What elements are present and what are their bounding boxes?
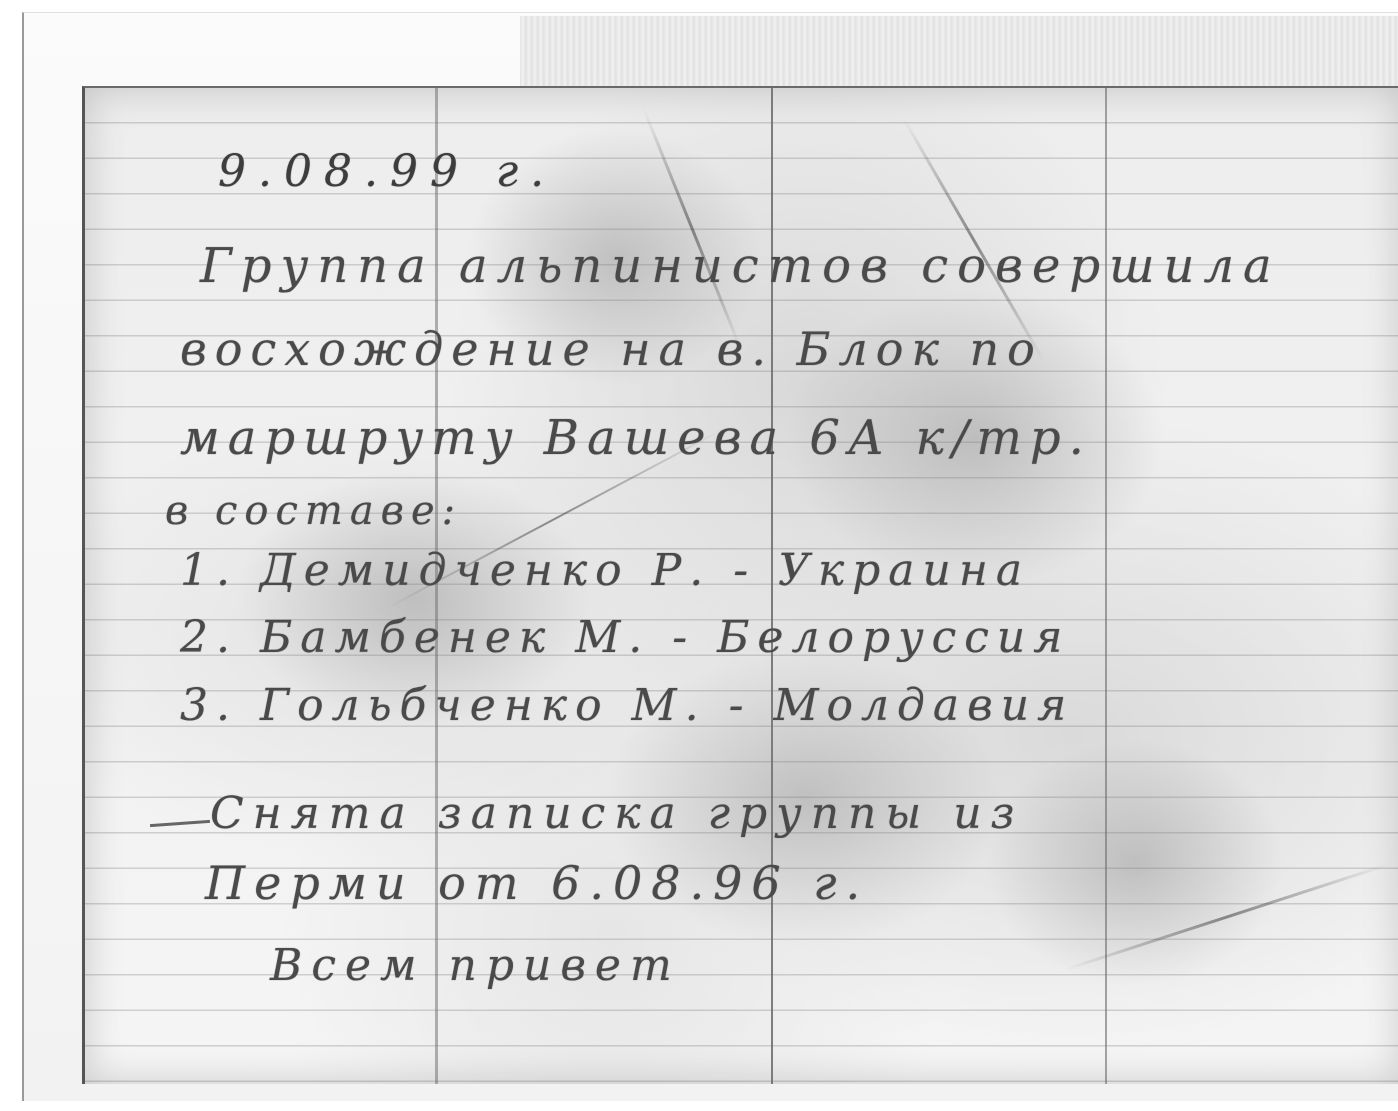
note-closing: Всем привет (270, 940, 681, 991)
note-date: 9.08.99 г. (218, 146, 556, 197)
note-previous-record-2: Перми от 6.08.96 г. (205, 856, 869, 910)
note-line-2: восхождение на в. Блок по (180, 322, 1043, 376)
member-3: 3. Гольбченко М. - Молдавия (180, 680, 1074, 731)
note-line-1: Группа альпинистов совершила (200, 238, 1281, 294)
note-line-3: маршруту Вашева 6А к/тр. (180, 410, 1092, 466)
member-2: 2. Бамбенек М. - Белоруссия (180, 612, 1070, 663)
note-previous-record-1: Снята записка группы из (210, 788, 1024, 839)
note-line-4: в составе: (165, 488, 462, 534)
crumple-shadow (985, 738, 1285, 988)
paper-shadow-strip (520, 16, 1398, 96)
member-1: 1. Демидченко Р. - Украина (180, 545, 1030, 596)
